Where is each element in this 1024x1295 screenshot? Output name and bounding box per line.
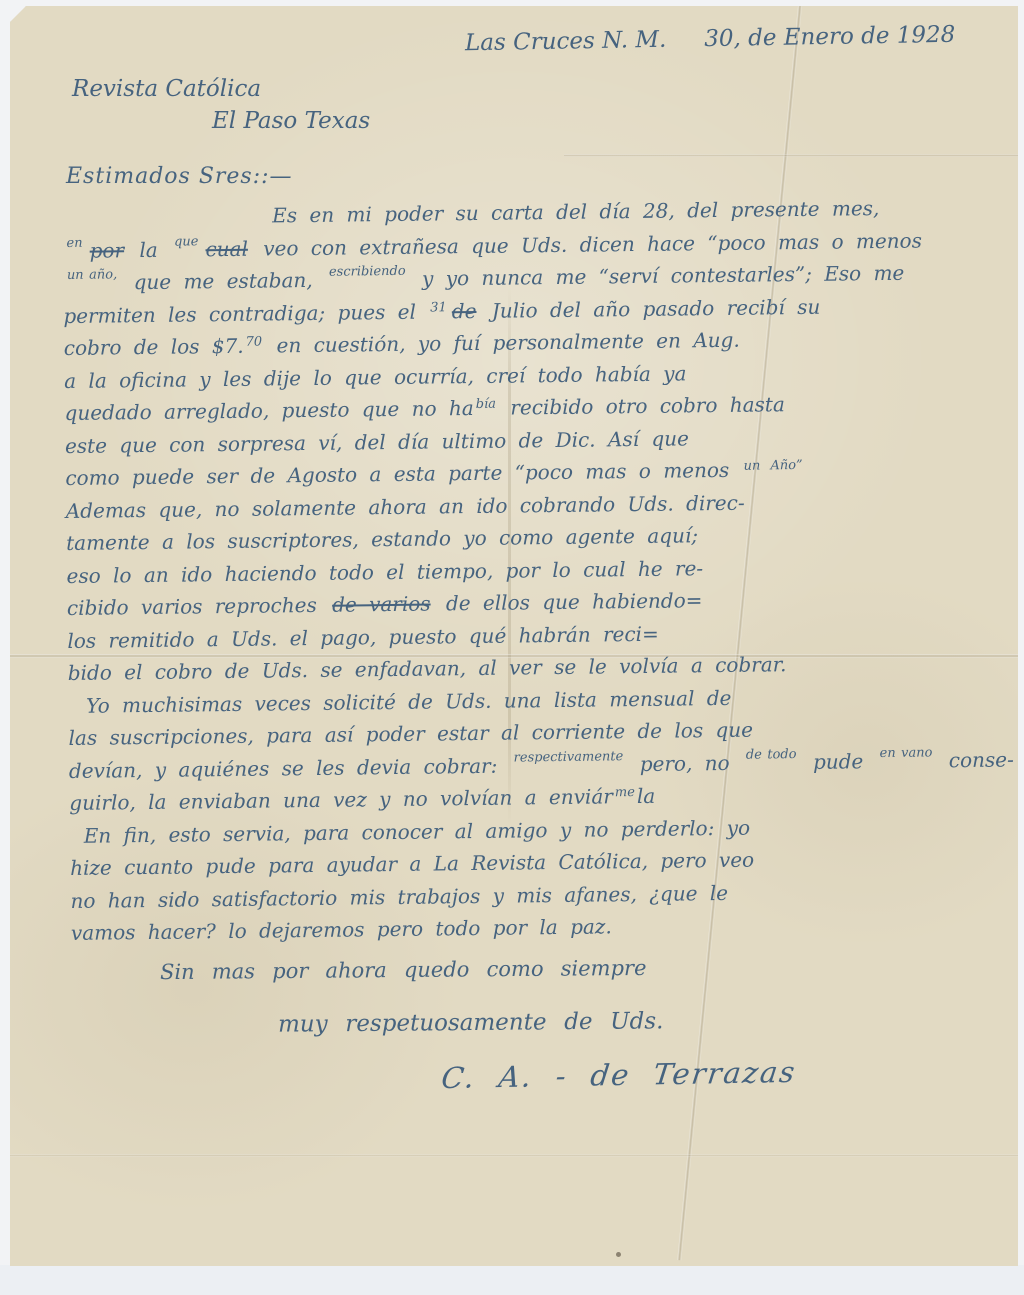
struck-word: cual (205, 236, 248, 261)
inserted-word: escribiendo (329, 256, 406, 289)
inserted-word: que (174, 226, 199, 259)
inserted-word: en (66, 227, 82, 260)
scan-background: Las Cruces N. M. 30, de Enero de 1928 Re… (0, 0, 1024, 1295)
text-segment: recibido otro cobro hasta (498, 392, 785, 420)
text-segment: Julio del año pasado recibí su (479, 294, 820, 322)
superscript-word: bía (476, 389, 497, 422)
struck-word: de varios (332, 592, 431, 617)
text-segment: la (637, 784, 656, 808)
text-segment: Yo muchisimas veces solicité de Uds. una… (86, 685, 732, 717)
text-segment: vamos hacer? lo dejaremos pero todo por … (71, 914, 612, 945)
text-segment: En fin, esto servia, para conocer al ami… (84, 815, 751, 847)
inserted-word: respectivamente (513, 741, 623, 775)
text-segment: Ademas que, no solamente ahora an ido co… (66, 490, 745, 522)
letter-paper: Las Cruces N. M. 30, de Enero de 1928 Re… (10, 6, 1018, 1266)
closing-line: muy respetuosamente de Uds. (278, 1008, 664, 1037)
text-segment: pude (800, 749, 875, 774)
text-segment: veo con extrañesa que Uds. dicen hace “p… (251, 228, 922, 260)
recipient-name: Revista Católica (72, 76, 261, 102)
text-segment: permiten les contradiga; pues el (63, 299, 428, 327)
text-segment: pero, no (627, 750, 742, 775)
text-segment: quedado arreglado, puesto que no ha (64, 396, 473, 425)
dateline-place: Las Cruces N. M. (465, 27, 667, 57)
scanner-bed-strip (0, 1265, 1024, 1295)
fold-crease-horizontal-top (564, 154, 1018, 157)
text-segment: guirlo, la enviaban una vez y no volvían… (69, 784, 613, 815)
text-segment: a la oficina y les dije lo que ocurría, … (64, 361, 687, 393)
superscript-word: 70 (245, 327, 262, 360)
dateline-date: 30, de Enero de 1928 (704, 22, 956, 52)
text-segment: cibido varios reproches (67, 593, 329, 620)
struck-word: de (452, 298, 477, 322)
text-segment: este que con sorpresa ví, del día ultimo… (65, 426, 689, 458)
text-segment: cobro de los $7. (64, 334, 244, 360)
text-segment: eso lo an ido haciendo todo el tiempo, p… (66, 556, 703, 588)
inserted-word: en vano (879, 737, 932, 770)
text-segment: los remitido a Uds. el pago, puesto qué … (67, 621, 659, 652)
inserted-word: un año, (67, 259, 118, 292)
text-segment: bido el cobro de Uds. se enfadavan, al v… (68, 652, 787, 685)
signature: C. A. - de Terrazas (440, 1055, 799, 1095)
text-segment: las suscripciones, para así poder estar … (68, 718, 753, 750)
salutation: Estimados Sres::— (66, 164, 293, 189)
text-segment: hize cuanto pude para ayudar a La Revist… (70, 848, 754, 880)
dateline: Las Cruces N. M. 30, de Enero de 1928 (465, 22, 956, 57)
text-segment: y yo nunca me “serví contestarles”; Eso … (410, 261, 905, 291)
text-segment: devían, y aquiénes se les devia cobrar: (69, 753, 510, 782)
recipient-city: El Paso Texas (212, 108, 370, 134)
superscript-word: me (615, 777, 635, 810)
text-segment: no han sido satisfactorio mis trabajos y… (70, 880, 728, 912)
paper-speck (616, 1252, 621, 1257)
superscript-word: 31 (430, 292, 447, 325)
text-segment: como puede ser de Agosto a esta parte “p… (65, 458, 742, 490)
text-segment: tamente a los suscriptores, estando yo c… (66, 523, 698, 555)
closing-pre-line: Sin mas por ahora quedo como siempre (160, 956, 647, 984)
inserted-word: de todo (746, 739, 797, 772)
text-segment: que me estaban, (121, 268, 325, 294)
fold-crease-horizontal-bottom (10, 1154, 1018, 1157)
text-segment: conse- (936, 747, 1014, 772)
text-segment: de ellos que habiendo= (433, 588, 702, 615)
text-segment: en cuestión, yo fuí personalmente en Aug… (264, 328, 740, 358)
letter-body: Es en mi poder su carta del día 28, del … (62, 191, 1003, 950)
superscript-word: un Año” (743, 450, 803, 483)
text-segment: Es en mi poder su carta del día 28, del … (272, 196, 879, 227)
text-segment: la (127, 237, 170, 262)
